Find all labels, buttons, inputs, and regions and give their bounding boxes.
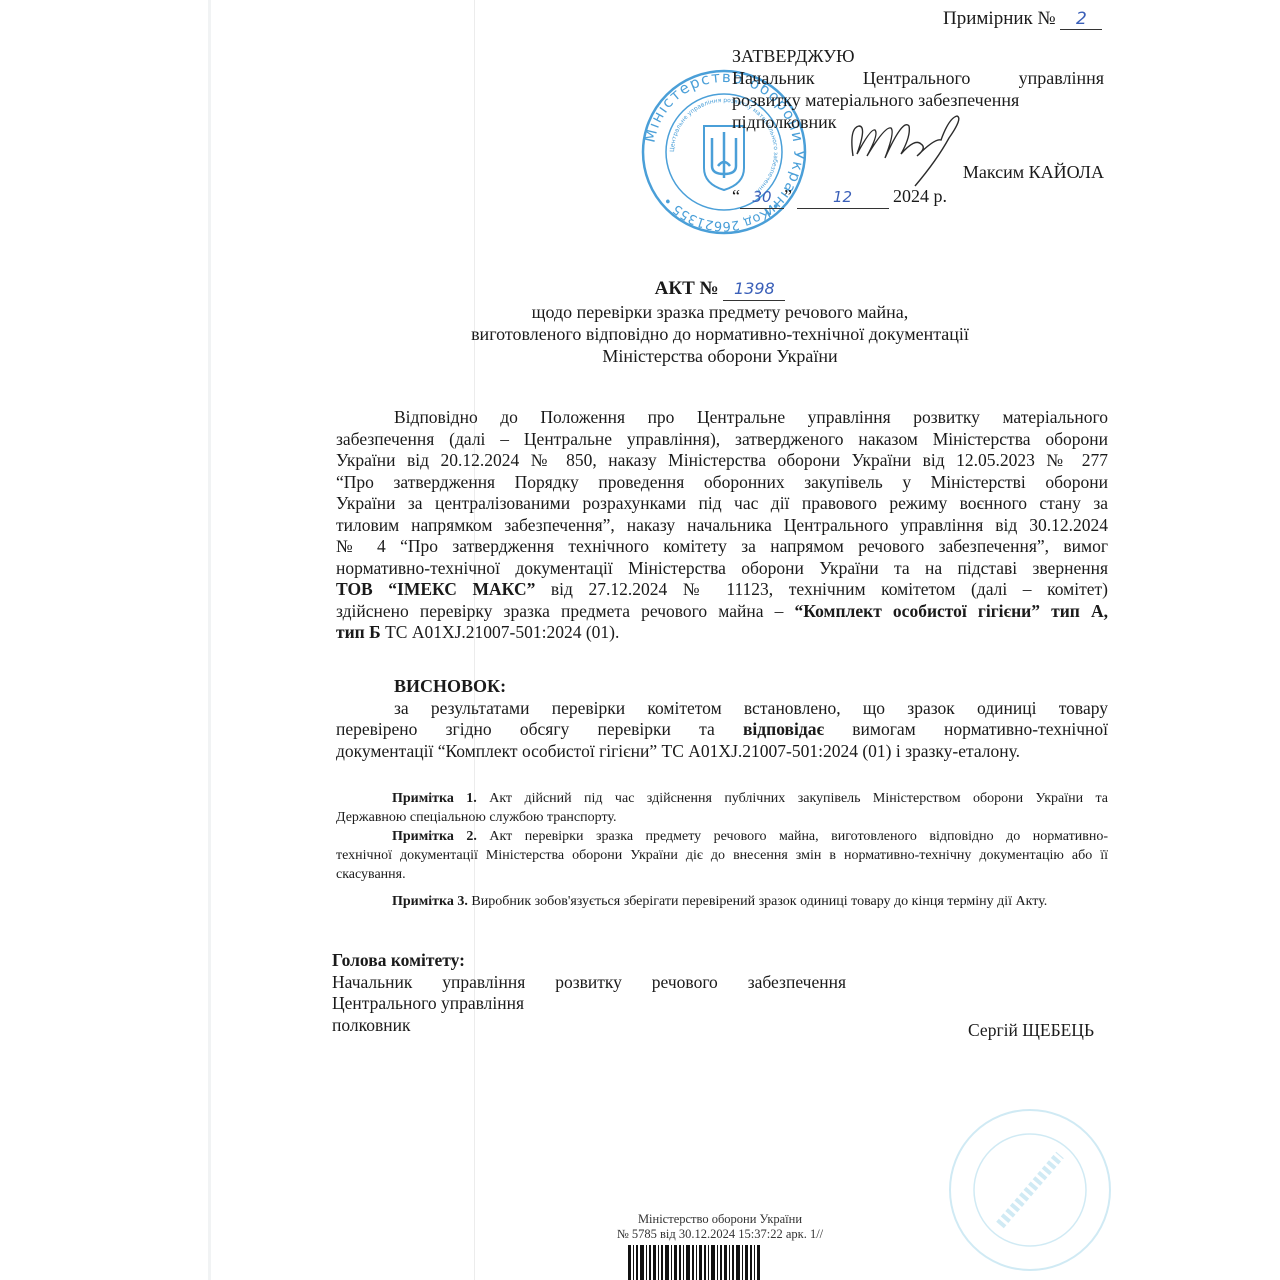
body-line: “Про затвердження Порядку проведення обо… xyxy=(336,472,1108,494)
footer-registration: № 5785 від 30.12.2024 15:37:22 арк. 1// xyxy=(570,1227,870,1242)
note-2: Примітка 2. Акт перевірки зразка предмет… xyxy=(336,828,1108,845)
copy-number-value: 2 xyxy=(1060,9,1102,30)
body-line: України за централізованими розрахунками… xyxy=(336,493,1108,515)
note-2-cont: технічної документації Міністерства обор… xyxy=(336,847,1108,864)
chair-position-line1: Начальник управління розвитку речового з… xyxy=(332,972,846,994)
page-edge xyxy=(208,0,211,1280)
act-number: 1398 xyxy=(723,278,785,301)
product-name: “Комплект особистої гігієни” тип А, xyxy=(795,601,1108,621)
note-2-cont2: скасування. xyxy=(336,866,1108,883)
approval-title: ЗАТВЕРДЖУЮ xyxy=(732,45,1104,67)
act-subtitle-line1: щодо перевірки зразка предмету речового … xyxy=(420,301,1020,323)
act-title: АКТ № 1398 xyxy=(420,278,1020,301)
body-line-company: ТОВ “ІМЕКС МАКС” від 27.12.2024 № 11123,… xyxy=(336,579,1108,601)
approval-day: 30 xyxy=(740,186,784,209)
conclusion-line: перевірено згідно обсягу перевірки та ві… xyxy=(336,719,1108,741)
conclusion-line: документації “Комплект особистої гігієни… xyxy=(336,741,1108,763)
body-line: нормативно-технічної документації Мініст… xyxy=(336,558,1108,580)
approver-position-line1: Начальник Центрального управління xyxy=(732,67,1104,89)
approval-year: 2024 р. xyxy=(893,186,947,206)
body-line: № 4 “Про затвердження технічного комітет… xyxy=(336,536,1108,558)
conclusion-verdict: відповідає xyxy=(743,719,824,739)
signature-icon xyxy=(845,108,965,188)
act-subtitle-line2: виготовленого відповідно до нормативно-т… xyxy=(420,323,1020,345)
product-spec: ТС А01XJ.21007-501:2024 (01). xyxy=(385,622,619,642)
note-3: Примітка 3. Виробник зобов'язується збер… xyxy=(336,893,1108,910)
committee-chair-block: Голова комітету: Начальник управління ро… xyxy=(332,950,1102,1036)
company-name: ТОВ “ІМЕКС МАКС” xyxy=(336,579,535,599)
act-body: Відповідно до Положення про Центральне у… xyxy=(336,407,1108,644)
product-type-b: тип Б xyxy=(336,622,381,642)
body-line-product: здійснено перевірку зразка предмета речо… xyxy=(336,601,1108,623)
registration-footer: Міністерство оборони України № 5785 від … xyxy=(570,1212,870,1242)
approval-month: 12 xyxy=(797,186,889,209)
body-line: тиловим напрямком забезпечення”, наказу … xyxy=(336,515,1108,537)
body-line: України від 20.12.2024 № 850, наказу Мін… xyxy=(336,450,1108,472)
copy-label: Примірник № xyxy=(943,8,1056,29)
body-line: Відповідно до Положення про Центральне у… xyxy=(336,407,1108,429)
body-line: забезпечення (далі – Центральне управлін… xyxy=(336,429,1108,451)
barcode-icon xyxy=(628,1245,762,1280)
footer-org: Міністерство оборони України xyxy=(570,1212,870,1227)
note-1: Примітка 1. Акт дійсний під час здійснен… xyxy=(336,790,1108,807)
conclusion-heading: ВИСНОВОК: xyxy=(336,676,1108,698)
chair-heading: Голова комітету: xyxy=(332,950,1102,972)
approval-date: “30” 12 2024 р. xyxy=(732,185,1104,209)
copy-number: Примірник № 2 xyxy=(943,8,1102,30)
chair-name: Сергій ЩЕБЕЦЬ xyxy=(968,1020,1094,1042)
faint-stamp-icon xyxy=(945,1105,1115,1275)
note-1-cont: Державною спеціальною службою транспорту… xyxy=(336,809,1108,826)
act-subtitle-line3: Міністерства оборони України xyxy=(420,345,1020,367)
body-line-spec: тип Б ТС А01XJ.21007-501:2024 (01). xyxy=(336,622,1108,644)
conclusion-block: ВИСНОВОК: за результатами перевірки комі… xyxy=(336,676,1108,762)
conclusion-line: за результатами перевірки комітетом вста… xyxy=(336,698,1108,720)
notes-block: Примітка 1. Акт дійсний під час здійснен… xyxy=(336,790,1108,912)
act-title-block: АКТ № 1398 щодо перевірки зразка предмет… xyxy=(420,278,1020,367)
chair-position-line2: Центрального управління xyxy=(332,993,1102,1015)
